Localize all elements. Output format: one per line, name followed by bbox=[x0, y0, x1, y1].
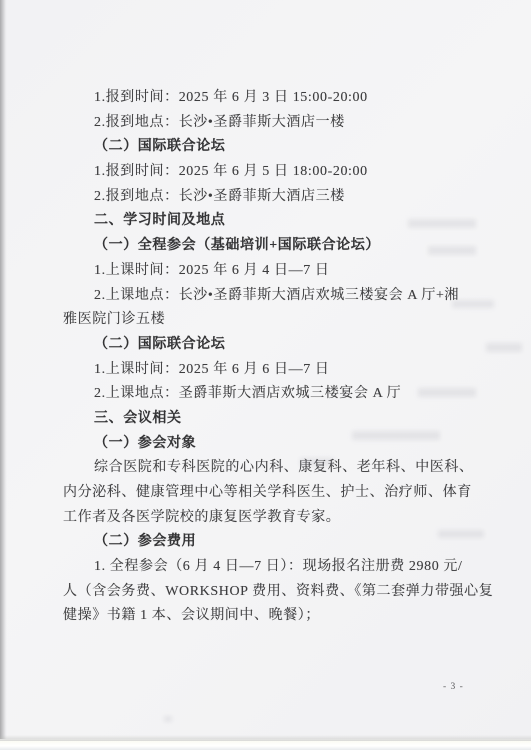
document-line: 2.上课地点：长沙•圣爵菲斯大酒店欢城三楼宴会 A 厅+湘 bbox=[63, 284, 483, 309]
section-heading: 三、会议相关 bbox=[63, 407, 483, 432]
document-line: 1.报到时间：2025 年 6 月 3 日 15:00-20:00 bbox=[63, 86, 483, 111]
section-heading: （一）全程参会（基础培训+国际联合论坛） bbox=[63, 234, 483, 259]
document-line: 内分泌科、健康管理中心等相关学科医生、护士、治疗师、体育 bbox=[63, 481, 483, 506]
document-line: 健操》书籍 1 本、会议期间中、晚餐）； bbox=[63, 604, 483, 629]
scan-edge-left bbox=[0, 0, 7, 739]
section-heading: （二）参会费用 bbox=[63, 530, 483, 555]
bleed-through-artifact bbox=[486, 343, 522, 352]
section-heading: 二、学习时间及地点 bbox=[63, 209, 483, 234]
document-line: 2.报到地点：长沙•圣爵菲斯大酒店一楼 bbox=[63, 111, 483, 136]
document-line: 1.上课时间：2025 年 6 月 6 日—7 日 bbox=[63, 358, 483, 383]
document-body: 1.报到时间：2025 年 6 月 3 日 15:00-20:00 2.报到地点… bbox=[63, 86, 483, 629]
document-line: 1.报到时间：2025 年 6 月 5 日 18:00-20:00 bbox=[63, 160, 483, 185]
document-line: 雅医院门诊五楼 bbox=[63, 308, 483, 333]
document-line: 2.报到地点：长沙•圣爵菲斯大酒店三楼 bbox=[63, 185, 483, 210]
section-heading: （二）国际联合论坛 bbox=[63, 333, 483, 358]
document-line: 综合医院和专科医院的心内科、康复科、老年科、中医科、 bbox=[63, 456, 483, 481]
scanner-bed-strip bbox=[0, 741, 531, 750]
section-heading: （一）参会对象 bbox=[63, 432, 483, 457]
paper-sheet: 1.报到时间：2025 年 6 月 3 日 15:00-20:00 2.报到地点… bbox=[0, 0, 531, 739]
document-line: 人（含会务费、WORKSHOP 费用、资料费、《第二套弹力带强心复 bbox=[63, 580, 483, 605]
document-line: 1.上课时间：2025 年 6 月 4 日—7 日 bbox=[63, 259, 483, 284]
document-line: 工作者及各医学院校的康复医学教育专家。 bbox=[63, 506, 483, 531]
bleed-through-artifact bbox=[164, 716, 172, 722]
scanned-document-page: 1.报到时间：2025 年 6 月 3 日 15:00-20:00 2.报到地点… bbox=[0, 0, 531, 750]
section-heading: （二）国际联合论坛 bbox=[63, 135, 483, 160]
page-number: - 3 - bbox=[443, 682, 464, 692]
document-line: 2.上课地点：圣爵菲斯大酒店欢城三楼宴会 A 厅 bbox=[63, 382, 483, 407]
document-line: 1. 全程参会（6 月 4 日—7 日）：现场报名注册费 2980 元/ bbox=[63, 555, 483, 580]
